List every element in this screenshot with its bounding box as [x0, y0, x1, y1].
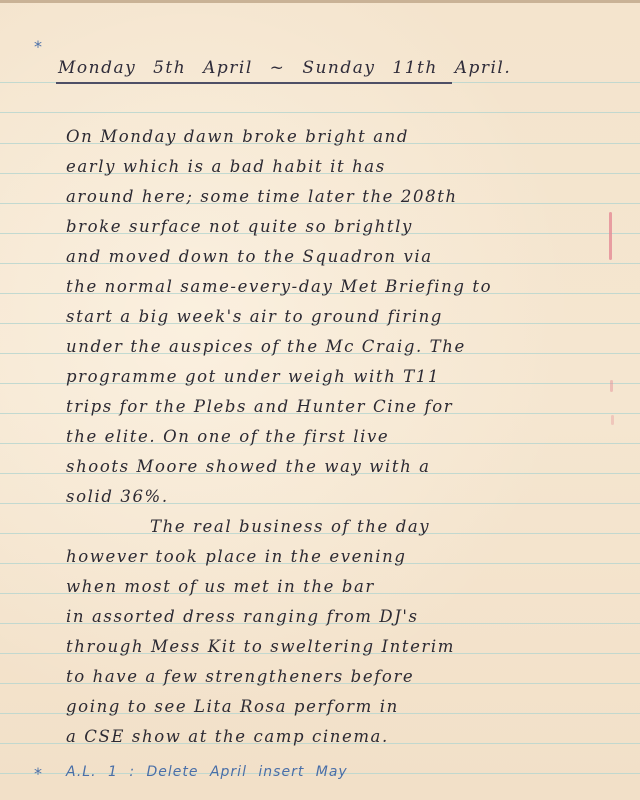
- text-line: in assorted dress ranging from DJ's: [66, 607, 419, 626]
- heading-underline: [56, 82, 452, 84]
- text-line: On Monday dawn broke bright and: [66, 127, 409, 146]
- text-line: the elite. On one of the first live: [66, 427, 389, 446]
- text-line: start a big week's air to ground firing: [66, 307, 443, 326]
- text-line: trips for the Plebs and Hunter Cine for: [66, 397, 453, 416]
- red-margin-mark: [609, 212, 612, 260]
- amendment-footnote: A.L. 1 : Delete April insert May: [66, 764, 348, 780]
- text-line: programme got under weigh with T11: [66, 367, 440, 386]
- text-line: and moved down to the Squadron via: [66, 247, 433, 266]
- text-line: the normal same-every-day Met Briefing t…: [66, 277, 492, 296]
- text-line: around here; some time later the 208th: [66, 187, 458, 206]
- text-line: a CSE show at the camp cinema.: [66, 727, 389, 746]
- text-line: early which is a bad habit it has: [66, 157, 386, 176]
- text-line: through Mess Kit to sweltering Interim: [66, 637, 455, 656]
- red-margin-mark: [610, 380, 613, 392]
- footnote-asterisk-icon: *: [34, 764, 42, 783]
- text-line: however took place in the evening: [66, 547, 407, 566]
- page-top-edge: [0, 0, 640, 3]
- text-line: broke surface not quite so brightly: [66, 217, 413, 236]
- text-line: when most of us met in the bar: [66, 577, 375, 596]
- text-line: to have a few strengtheners before: [66, 667, 414, 686]
- text-line: going to see Lita Rosa perform in: [66, 697, 399, 716]
- text-line: The real business of the day: [150, 517, 430, 536]
- text-line: solid 36%.: [66, 487, 169, 506]
- text-line: shoots Moore showed the way with a: [66, 457, 431, 476]
- diary-page: * Monday 5th April ~ Sunday 11th April. …: [0, 0, 640, 800]
- ruled-line: [0, 112, 640, 113]
- red-margin-mark: [611, 415, 614, 425]
- asterisk-icon: *: [34, 37, 42, 56]
- text-line: under the auspices of the Mc Craig. The: [66, 337, 466, 356]
- entry-date-heading: Monday 5th April ~ Sunday 11th April.: [58, 58, 448, 78]
